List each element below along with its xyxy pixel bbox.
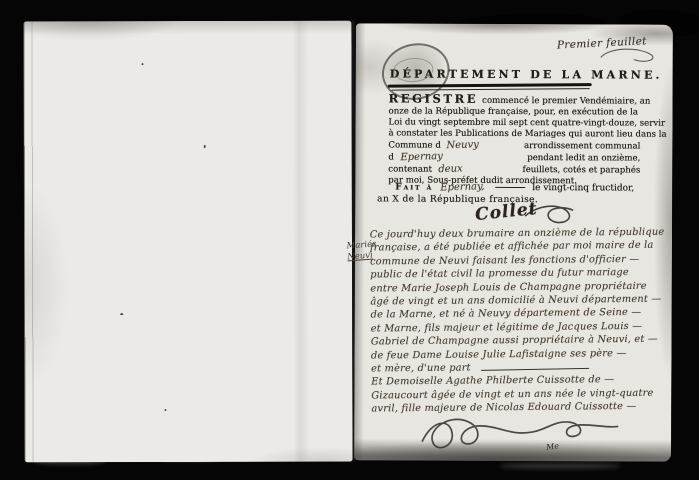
- une-part-rule: [481, 368, 589, 371]
- title-rule: [392, 88, 590, 91]
- closing-paraph-icon: [416, 412, 626, 461]
- fait-place-fill: Epernay,: [440, 181, 485, 193]
- paraph-icon: [599, 46, 655, 62]
- paper-speck: [164, 409, 166, 411]
- left-blank-page: [23, 21, 352, 463]
- title-rule: [388, 83, 592, 88]
- paper-speck: [120, 313, 123, 315]
- right-register-page: Premier feuillet DÉPARTEMENT DE LA MARNE…: [354, 23, 673, 461]
- register-paragraph: Registre commencé le premier Vendémiaire…: [388, 93, 640, 187]
- margin-notes: Mariés Neuvi: [346, 239, 387, 264]
- register-line: dEpernay pendant ledit an onzième,: [388, 151, 640, 164]
- fill-rule: [495, 187, 525, 188]
- register-lead-word: Registre: [389, 93, 479, 104]
- scanned-register-spread: Premier feuillet DÉPARTEMENT DE LA MARNE…: [0, 0, 699, 480]
- paper-speck: [142, 63, 144, 65]
- commune-fill: Neuvy: [447, 139, 480, 151]
- feuillets-count-fill: deux: [438, 163, 463, 175]
- signature-flourish-icon: [523, 200, 575, 224]
- handwritten-act: Ce jourd'huy deux brumaire an onzième de…: [370, 226, 672, 417]
- paper-speck: [204, 145, 206, 148]
- page-title: DÉPARTEMENT DE LA MARNE.: [390, 67, 628, 81]
- arrondissement-fill: Epernay: [400, 151, 443, 163]
- register-line: Registre commencé le premier Vendémiaire…: [389, 93, 641, 107]
- fait-line: Fait à Epernay, le vingt-cinq fructidor,: [395, 181, 634, 193]
- scan-smudge: [500, 463, 620, 469]
- tail-mark: Me: [546, 441, 560, 452]
- register-line: contenantdeux feuillets, cotés et paraph…: [388, 163, 640, 176]
